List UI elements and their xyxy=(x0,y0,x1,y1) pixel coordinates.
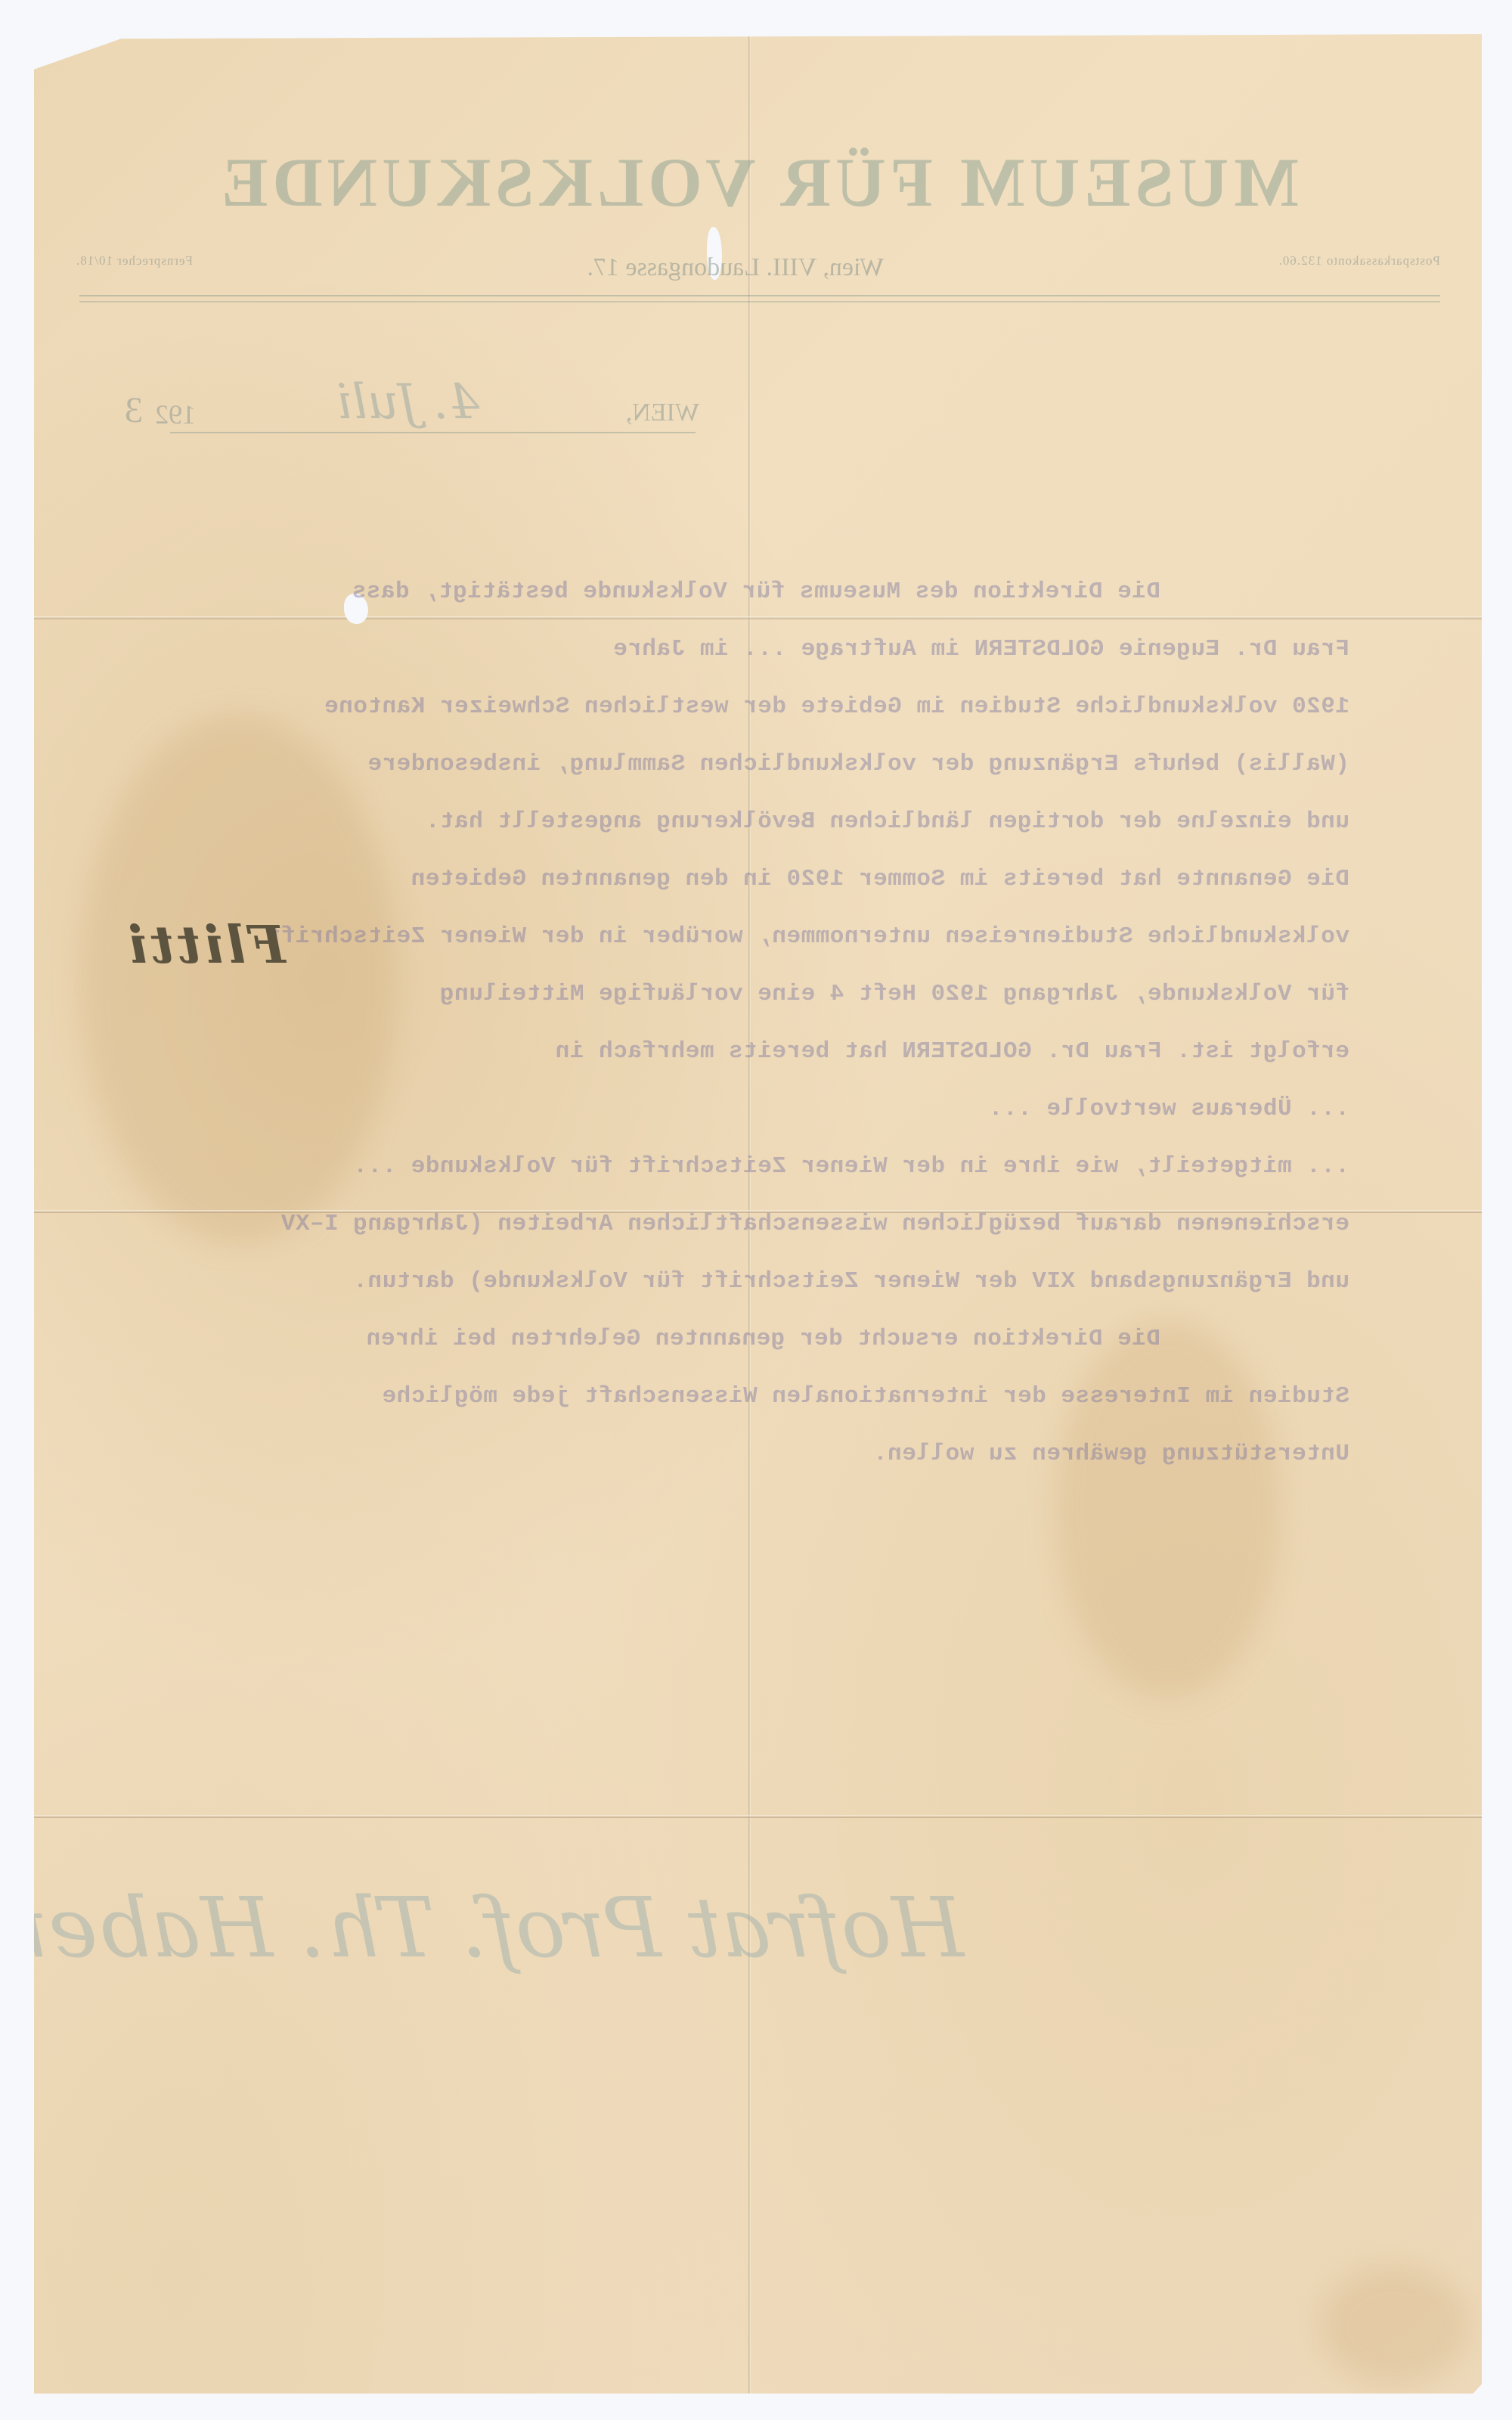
date-underline xyxy=(170,432,696,433)
date-year-prefix: 192 xyxy=(155,399,196,430)
dateline: WIEN, 4. Juli 192 3 xyxy=(110,389,699,450)
letter-sheet: MUSEUM FÜR VOLKSKUNDE Postsparkassakonto… xyxy=(34,34,1482,2394)
handwritten-annotation: Flitti xyxy=(125,915,286,976)
body-line: Unterstützung gewähren zu wollen. xyxy=(159,1441,1349,1498)
body-line: Die Direktion des Museums für Volkskunde… xyxy=(159,579,1349,636)
letterhead-address: Wien, VIII. Laudongasse 17. xyxy=(587,253,884,282)
water-stain xyxy=(1319,2265,1470,2386)
letterhead-right-note: Fernsprecher 10/18. xyxy=(76,253,193,282)
date-place: WIEN, xyxy=(626,399,699,427)
body-line: erschienenen darauf bezüglichen wissensc… xyxy=(159,1211,1349,1268)
body-line: Die Genannte hat bereits im Sommer 1920 … xyxy=(159,866,1349,923)
date-year-suffix: 3 xyxy=(125,389,143,431)
letterhead-left-note: Postsparkassakonto 132.60. xyxy=(1278,253,1440,282)
body-line: für Volkskunde, Jahrgang 1920 Heft 4 ein… xyxy=(159,981,1349,1038)
body-line: ... mitgeteilt, wie ihre in der Wiener Z… xyxy=(159,1153,1349,1211)
body-line: (Wallis) behufs Ergänzung der volkskundl… xyxy=(159,751,1349,808)
horizontal-fold-line xyxy=(34,1815,1482,1818)
letterhead-subline: Postsparkassakonto 132.60. Wien, VIII. L… xyxy=(34,253,1482,282)
body-line: Frau Dr. Eugenie GOLDSTERN im Auftrage .… xyxy=(159,636,1349,693)
letterhead-title: MUSEUM FÜR VOLKSKUNDE xyxy=(34,147,1482,217)
letterhead: MUSEUM FÜR VOLKSKUNDE Postsparkassakonto… xyxy=(34,147,1482,217)
signature: Hofrat Prof. Th. Haberlandt xyxy=(132,1879,964,1976)
handwritten-date: 4. Juli xyxy=(336,374,479,430)
body-line: und Ergänzungsband XIV der Wiener Zeitsc… xyxy=(159,1268,1349,1326)
letter-body: Die Direktion des Museums für Volkskunde… xyxy=(159,579,1349,1498)
letterhead-rule xyxy=(79,295,1440,302)
body-line: 1920 volkskundliche Studien im Gebiete d… xyxy=(159,693,1349,751)
body-line: Die Direktion ersucht der genannten Gele… xyxy=(159,1326,1349,1383)
body-line: und einzelne der dortigen ländlichen Bev… xyxy=(159,808,1349,866)
body-line: Studien im Interesse der internationalen… xyxy=(159,1383,1349,1441)
body-line: erfolgt ist. Frau Dr. GOLDSTERN hat bere… xyxy=(159,1038,1349,1096)
body-line: volkskundliche Studienreisen unternommen… xyxy=(159,923,1349,981)
body-line: ... Überaus wertvolle ... xyxy=(159,1096,1349,1153)
